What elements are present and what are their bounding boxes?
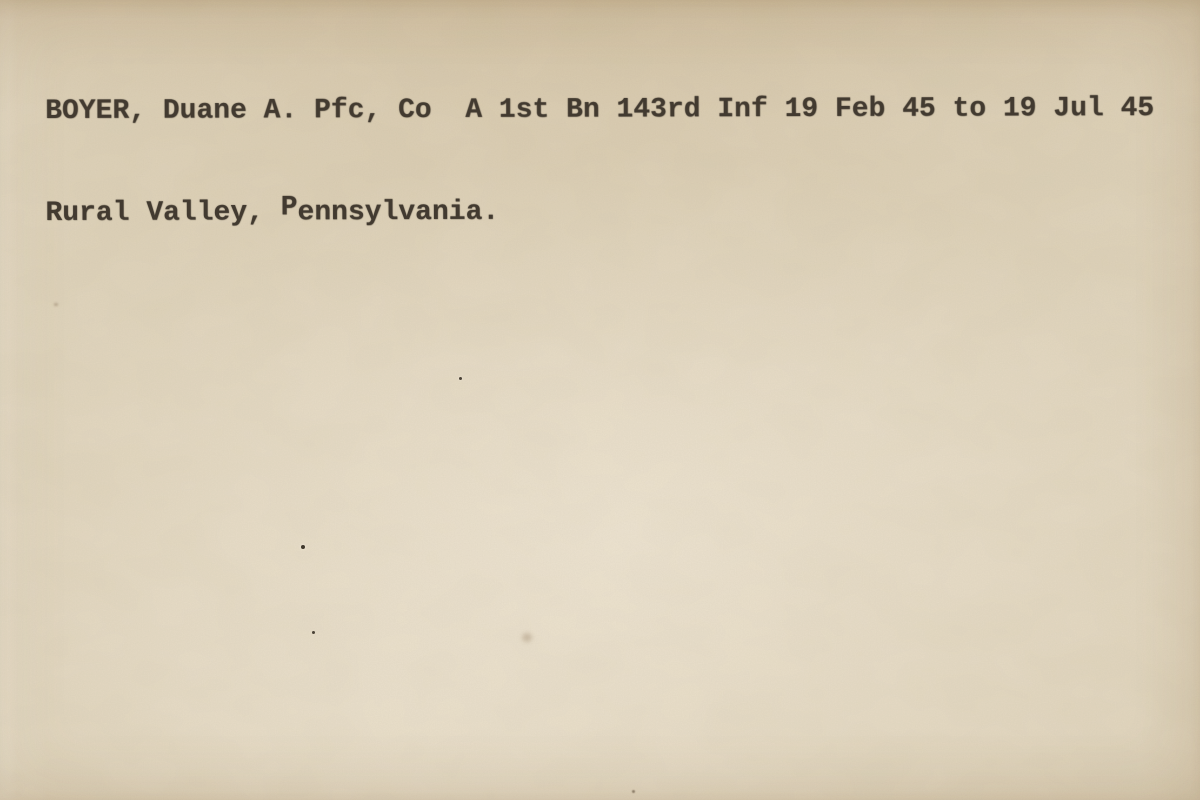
index-card: BOYER, Duane A. Pfc, Co A 1st Bn 143rd I…: [0, 0, 1200, 800]
paper-fiber: [54, 303, 58, 306]
paper-speck: [459, 377, 462, 380]
residence-suffix: ennsylvania.: [298, 197, 500, 229]
residence-line: Rural Valley, Pennsylvania.: [45, 194, 1154, 231]
paper-speck: [312, 631, 315, 634]
paper-speck: [301, 545, 305, 549]
paper-speck: [632, 790, 635, 793]
paper-smudge: [522, 633, 532, 642]
service-record-line: BOYER, Duane A. Pfc, Co A 1st Bn 143rd I…: [45, 92, 1154, 129]
residence-raised-letter: P: [281, 192, 298, 223]
typewritten-text: BOYER, Duane A. Pfc, Co A 1st Bn 143rd I…: [45, 24, 1155, 299]
residence-prefix: Rural Valley,: [45, 197, 280, 229]
